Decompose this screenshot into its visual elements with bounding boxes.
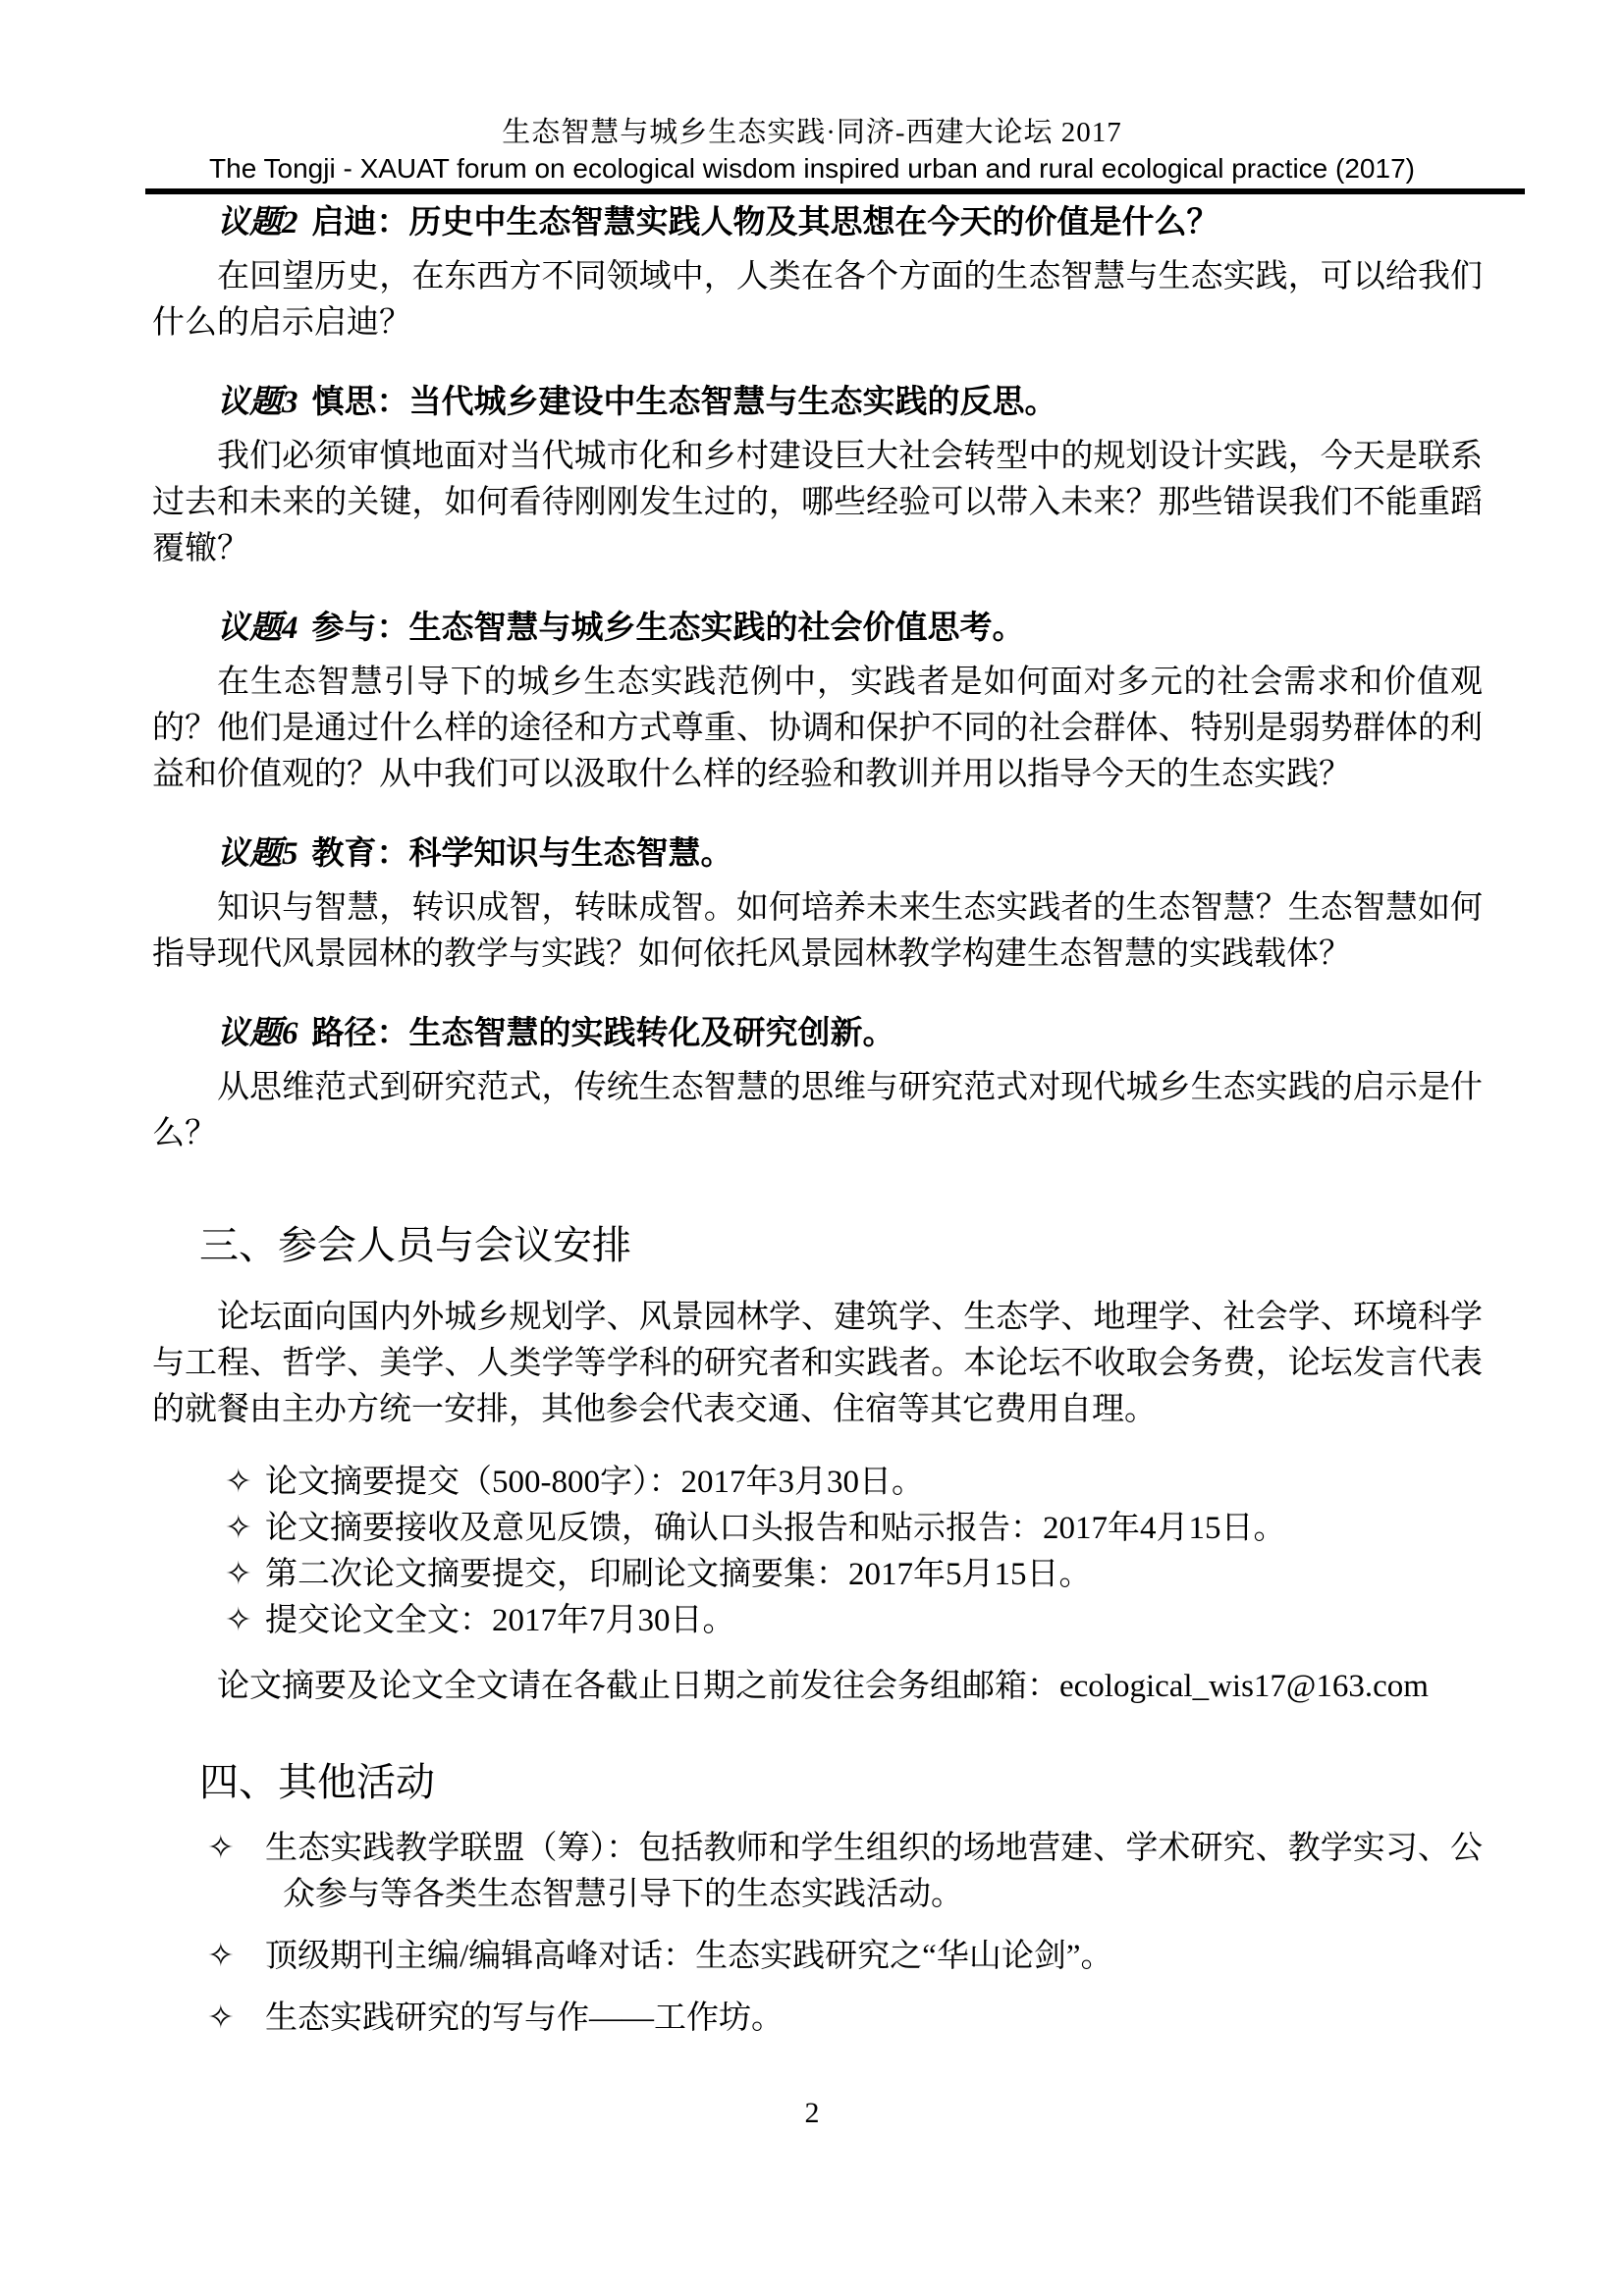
topic-title: 教育：科学知识与生态智慧。 — [312, 836, 733, 872]
submission-email-note: 论文摘要及论文全文请在各截止日期之前发往会务组邮箱：ecological_wis… — [152, 1664, 1483, 1710]
topic-label: 议题3 — [217, 385, 312, 420]
section-participants-intro: 论坛面向国内外城乡规划学、风景园林学、建筑学、生态学、地理学、社会学、环境科学与… — [152, 1295, 1483, 1433]
document-page: 生态智慧与城乡生态实践·同济-西建大论坛 2017 The Tongji - X… — [0, 0, 1624, 2296]
topic-body-6: 从思维范式到研究范式，传统生态智慧的思维与研究范式对现代城乡生态实践的启示是什么… — [152, 1065, 1483, 1157]
list-item: ✧生态实践研究的写与作——工作坊。 — [152, 1996, 1483, 2042]
deadline-text: 论文摘要提交（500-800字）：2017年3月30日。 — [265, 1465, 924, 1500]
topic-label: 议题5 — [217, 836, 312, 872]
header-rule — [145, 188, 1525, 194]
deadline-text: 第二次论文摘要提交，印刷论文摘要集：2017年5月15日。 — [265, 1557, 1092, 1592]
diamond-bullet-icon: ✧ — [225, 1552, 252, 1598]
section-heading-other-activities: 四、其他活动 — [152, 1755, 1483, 1810]
topic-heading-3: 议题3慎思：当代城乡建设中生态智慧与生态实践的反思。 — [152, 380, 1483, 426]
section-heading-participants: 三、参会人员与会议安排 — [152, 1218, 1483, 1273]
list-item: ✧顶级期刊主编/编辑高峰对话：生态实践研究之“华山论剑”。 — [152, 1934, 1483, 1980]
topic-body-3: 我们必须审慎地面对当代城市化和乡村建设巨大社会转型中的规划设计实践，今天是联系过… — [152, 434, 1483, 572]
diamond-bullet-icon: ✧ — [225, 1934, 235, 1980]
deadline-text: 提交论文全文：2017年7月30日。 — [265, 1603, 735, 1638]
header-title-english: The Tongji - XAUAT forum on ecological w… — [0, 152, 1624, 185]
topic-body-4: 在生态智慧引导下的城乡生态实践范例中，实践者是如何面对多元的社会需求和价值观的？… — [152, 660, 1483, 798]
deadline-text: 论文摘要接收及意见反馈，确认口头报告和贴示报告：2017年4月15日。 — [265, 1511, 1286, 1546]
list-item: ✧第二次论文摘要提交，印刷论文摘要集：2017年5月15日。 — [152, 1552, 1483, 1598]
topic-body-2: 在回望历史，在东西方不同领域中，人类在各个方面的生态智慧与生态实践，可以给我们什… — [152, 254, 1483, 347]
activity-list: ✧生态实践教学联盟（筹）：包括教师和学生组织的场地营建、学术研究、教学实习、公众… — [152, 1826, 1483, 2042]
topic-title: 参与：生态智慧与城乡生态实践的社会价值思考。 — [312, 611, 1025, 646]
activity-text: 顶级期刊主编/编辑高峰对话：生态实践研究之“华山论剑”。 — [265, 1939, 1112, 1974]
topic-title: 启迪：历史中生态智慧实践人物及其思想在今天的价值是什么？ — [312, 205, 1219, 240]
page-header: 生态智慧与城乡生态实践·同济-西建大论坛 2017 The Tongji - X… — [0, 0, 1624, 194]
diamond-bullet-icon: ✧ — [225, 1826, 235, 1872]
topic-label: 议题4 — [217, 611, 312, 646]
header-title-chinese: 生态智慧与城乡生态实践·同济-西建大论坛 2017 — [0, 0, 1624, 149]
topic-body-5: 知识与智慧，转识成智，转昧成智。如何培养未来生态实践者的生态智慧？生态智慧如何指… — [152, 885, 1483, 978]
activity-text: 生态实践教学联盟（筹）：包括教师和学生组织的场地营建、学术研究、教学实习、公众参… — [265, 1831, 1483, 1912]
topic-label: 议题2 — [217, 205, 312, 240]
diamond-bullet-icon: ✧ — [225, 1506, 252, 1552]
activity-text: 生态实践研究的写与作——工作坊。 — [265, 2001, 784, 2036]
topic-heading-5: 议题5教育：科学知识与生态智慧。 — [152, 831, 1483, 878]
list-item: ✧生态实践教学联盟（筹）：包括教师和学生组织的场地营建、学术研究、教学实习、公众… — [152, 1826, 1483, 1918]
document-body: 议题2启迪：历史中生态智慧实践人物及其思想在今天的价值是什么？ 在回望历史，在东… — [152, 200, 1483, 2042]
page-number: 2 — [0, 2097, 1624, 2130]
list-item: ✧论文摘要接收及意见反馈，确认口头报告和贴示报告：2017年4月15日。 — [152, 1506, 1483, 1552]
list-item: ✧提交论文全文：2017年7月30日。 — [152, 1598, 1483, 1644]
diamond-bullet-icon: ✧ — [225, 1460, 252, 1506]
topic-title: 慎思：当代城乡建设中生态智慧与生态实践的反思。 — [312, 385, 1057, 420]
topic-heading-6: 议题6路径：生态智慧的实践转化及研究创新。 — [152, 1011, 1483, 1057]
diamond-bullet-icon: ✧ — [225, 1598, 252, 1644]
topic-title: 路径：生态智慧的实践转化及研究创新。 — [312, 1016, 895, 1051]
diamond-bullet-icon: ✧ — [225, 1996, 235, 2042]
topic-heading-2: 议题2启迪：历史中生态智慧实践人物及其思想在今天的价值是什么？ — [152, 200, 1483, 246]
topic-heading-4: 议题4参与：生态智慧与城乡生态实践的社会价值思考。 — [152, 606, 1483, 652]
list-item: ✧论文摘要提交（500-800字）：2017年3月30日。 — [152, 1460, 1483, 1506]
deadline-list: ✧论文摘要提交（500-800字）：2017年3月30日。 ✧论文摘要接收及意见… — [152, 1460, 1483, 1644]
topic-label: 议题6 — [217, 1016, 312, 1051]
